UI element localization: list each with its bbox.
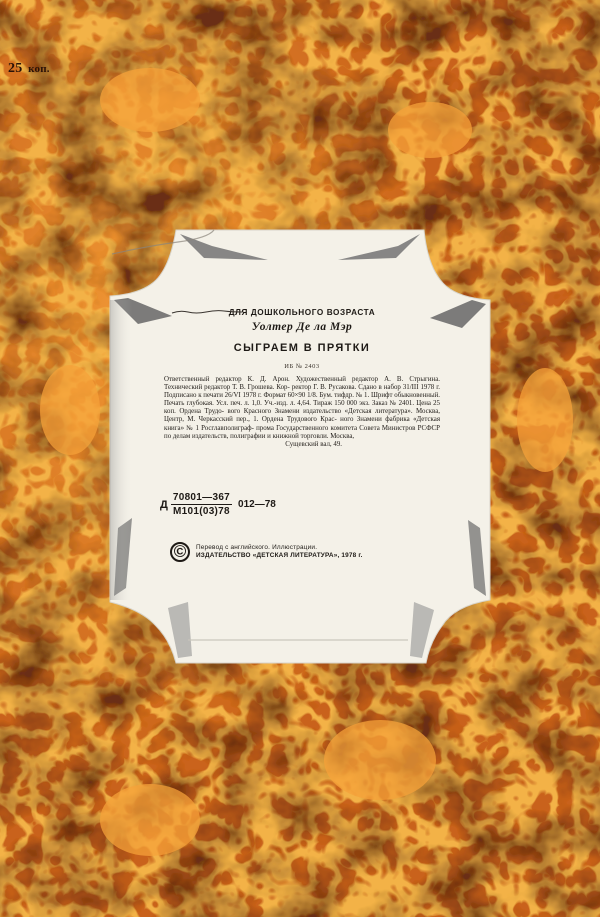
imprint-line: делам издательств, полиграфии и книжной … <box>173 433 354 440</box>
catalog-prefix: Д <box>160 499 168 511</box>
catalog-fraction: 70801—367 М101(03)78 <box>171 492 232 517</box>
colophon-text: Для дошкольного возраста Уолтер Де ла Мэ… <box>168 308 436 449</box>
pen-scribble <box>108 228 218 258</box>
colophon-label: Для дошкольного возраста Уолтер Де ла Мэ… <box>108 228 492 665</box>
book-title: СЫГРАЕМ В ПРЯТКИ <box>168 342 436 354</box>
imprint-line: вого Красного Знамени издательство «Детс… <box>228 408 417 415</box>
price-unit: коп. <box>28 63 50 75</box>
catalog-numerator: 70801—367 <box>171 492 232 505</box>
catalog-denominator: М101(03)78 <box>173 505 230 517</box>
catalog-code: Д 70801—367 М101(03)78 012—78 <box>160 492 276 517</box>
imprint-line: Ответственный редактор К. Д. Арон. Худож… <box>164 376 384 383</box>
copyright-line-1: Перевод с английского. Иллюстрации. <box>196 544 363 552</box>
price-tag: 25 коп. <box>8 61 50 77</box>
price-value: 25 <box>8 61 22 76</box>
catalog-suffix: 012—78 <box>238 499 276 510</box>
imprint-line: Сущевский вал, 49. <box>164 441 440 449</box>
ink-squiggle <box>170 309 250 315</box>
ib-number: ИБ № 2403 <box>168 363 436 370</box>
copyright-line-2: ИЗДАТЕЛЬСТВО «ДЕТСКАЯ ЛИТЕРАТУРА», 1978 … <box>196 552 363 560</box>
imprint-line: к печати 26/VI 1978 г. Формат 60×90 1/8.… <box>198 392 394 399</box>
copyright-icon: © <box>170 542 190 562</box>
copyright-notice: © Перевод с английского. Иллюстрации. ИЗ… <box>170 542 363 562</box>
author-name: Уолтер Де ла Мэр <box>168 321 436 333</box>
imprint-block: Ответственный редактор К. Д. Арон. Худож… <box>164 376 440 449</box>
